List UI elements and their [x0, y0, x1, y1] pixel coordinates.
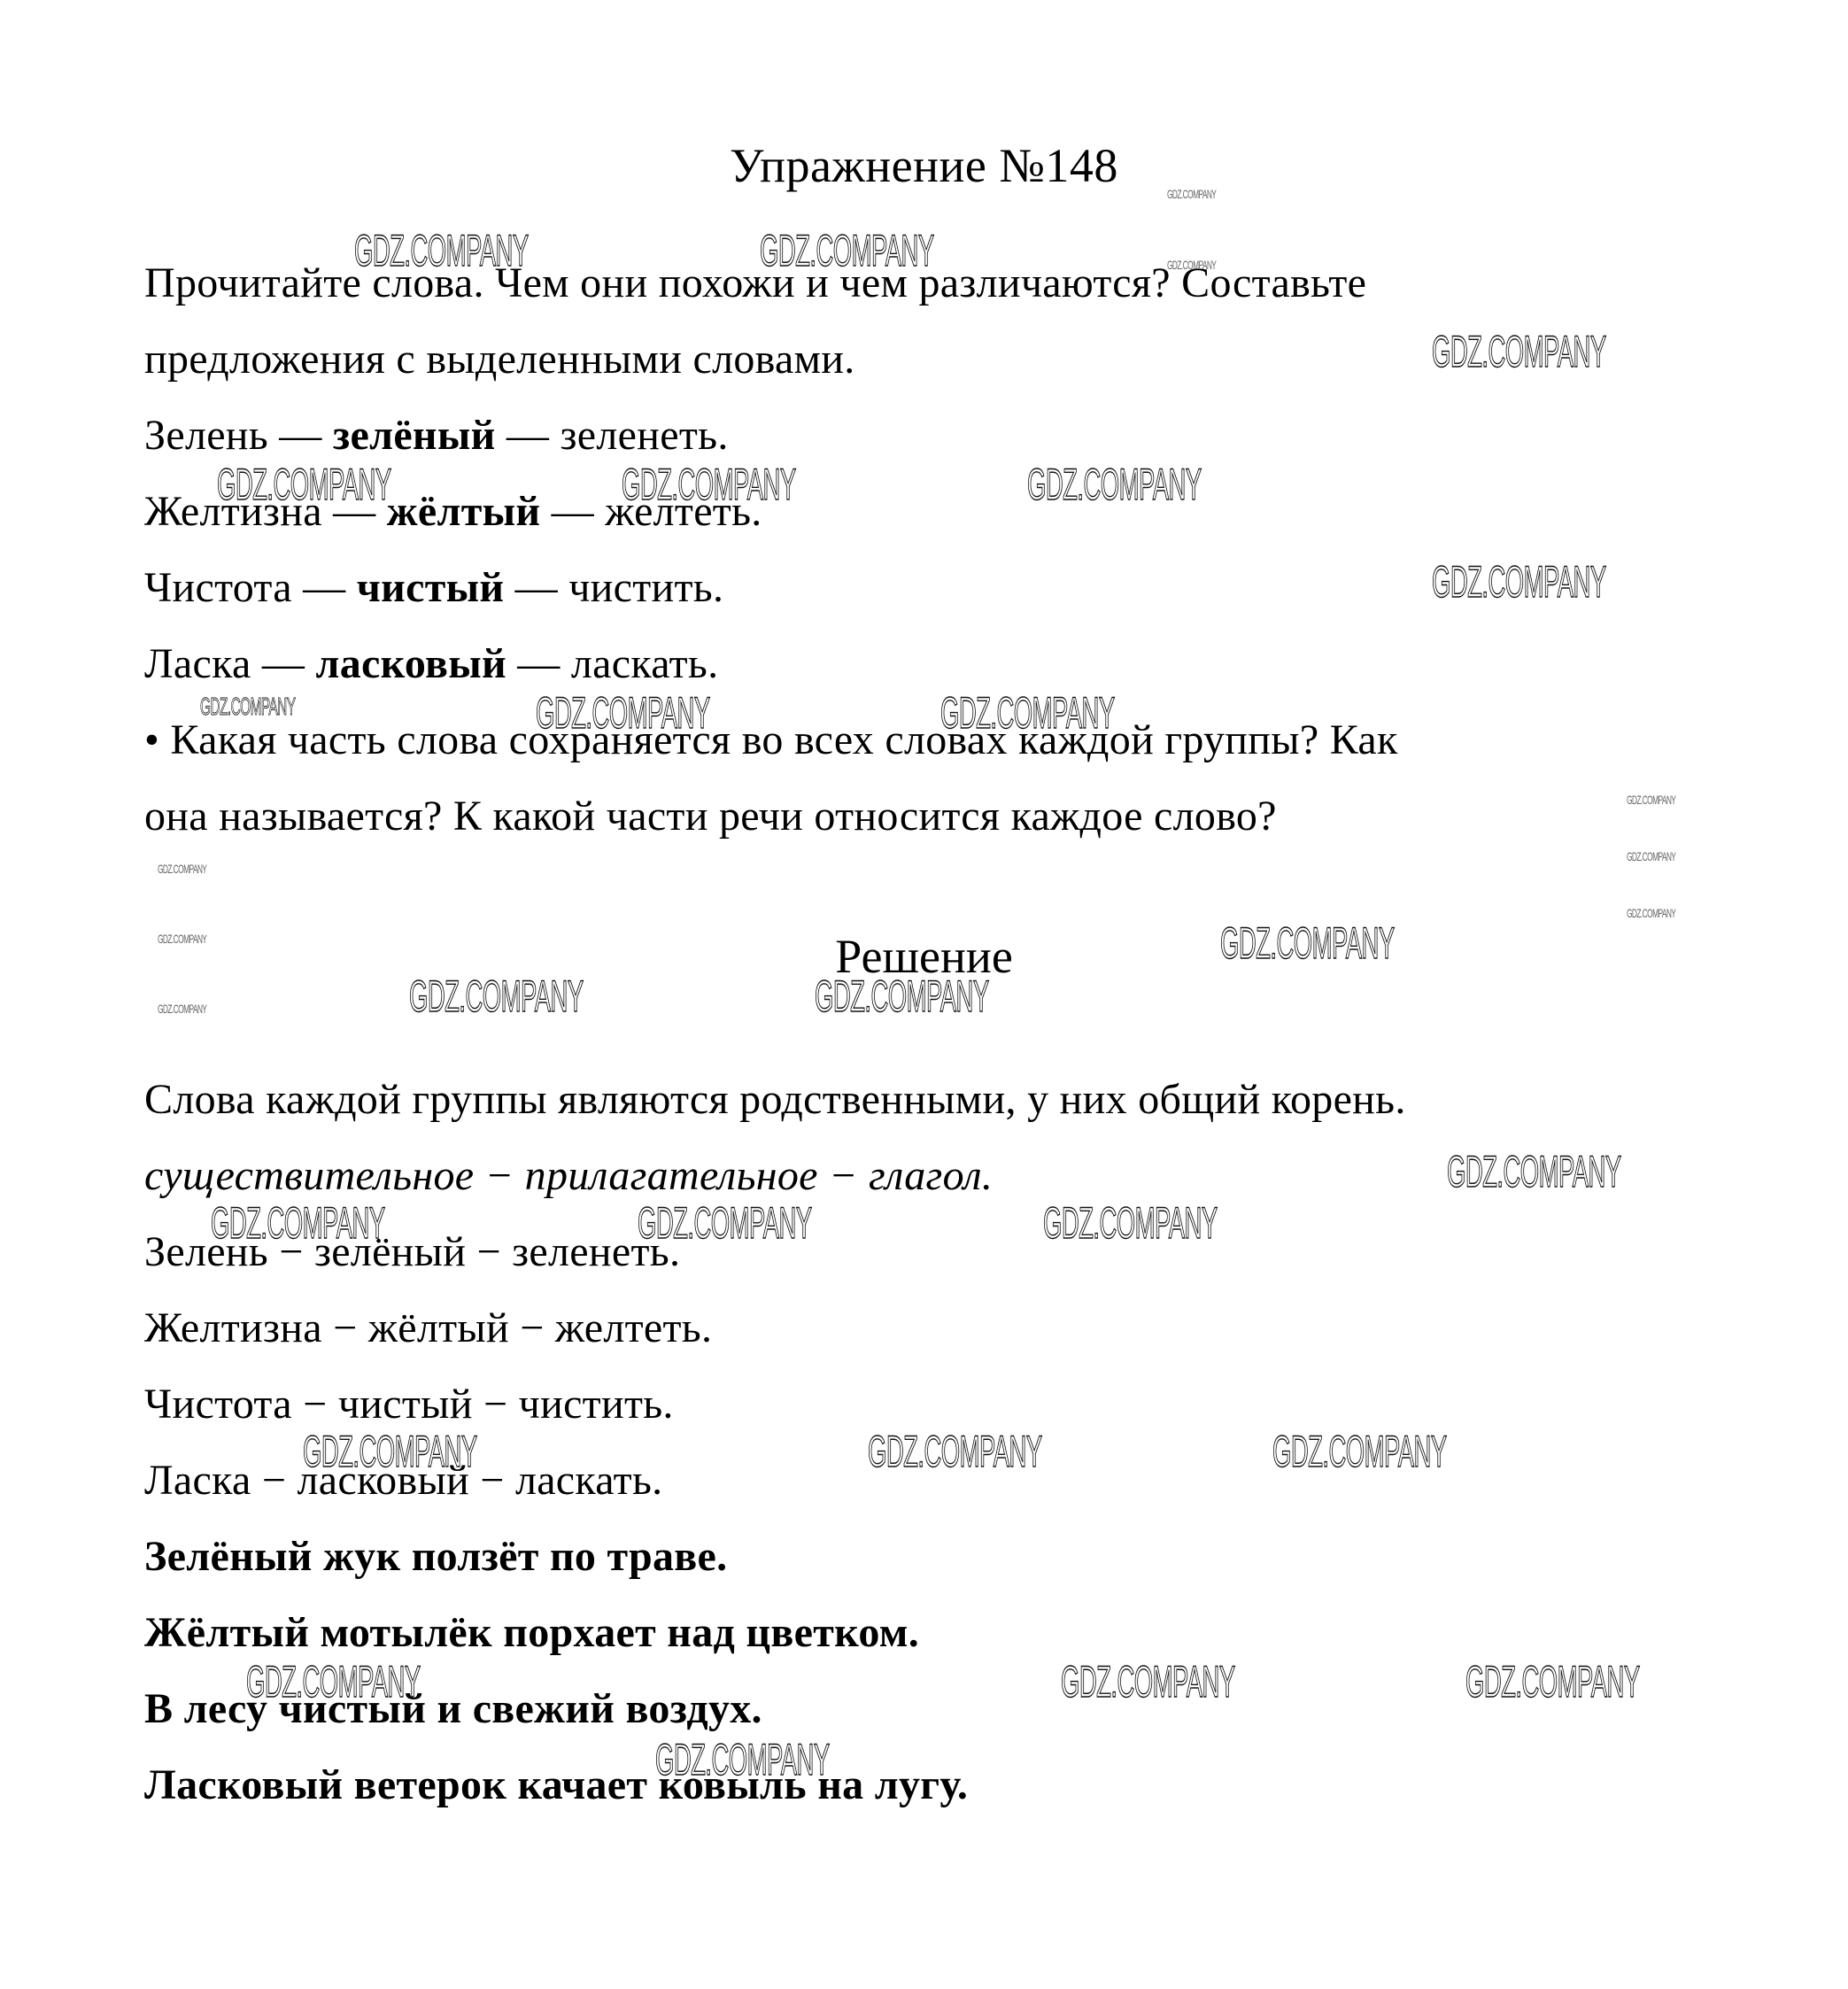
watermark: GDZ.COMPANY: [1465, 1660, 1640, 1704]
watermark: GDZ.COMPANY: [622, 462, 796, 507]
sentence-3: В лесу чистый и свежий воздух.: [144, 1683, 762, 1736]
task-line-2: предложения с выделенными словами.: [144, 333, 855, 386]
watermark: GDZ.COMPANY: [409, 974, 584, 1018]
sentence-1: Зелёный жук ползёт по траве.: [144, 1530, 727, 1583]
watermark: GDZ.COMPANY: [1167, 259, 1216, 271]
dash: —: [506, 640, 571, 687]
watermark: GDZ.COMPANY: [1627, 850, 1675, 863]
dash: —: [496, 412, 561, 459]
dash: —: [540, 488, 605, 535]
question-line-1: • Какая часть слова сохраняется во всех …: [144, 714, 1398, 767]
sentence-2: Жёлтый мотылёк порхает над цветком.: [144, 1606, 919, 1660]
watermark: GDZ.COMPANY: [1272, 1429, 1447, 1474]
word-group-1: Зелень — зелёный — зеленеть.: [144, 409, 729, 462]
watermark: GDZ.COMPANY: [1043, 1201, 1218, 1245]
exercise-title: Упражнение №148: [0, 135, 1848, 197]
highlighted-adjective: жёлтый: [387, 488, 541, 535]
verb: чистить.: [568, 564, 723, 611]
watermark: GDZ.COMPANY: [1627, 793, 1675, 806]
watermark: GDZ.COMPANY: [200, 694, 295, 719]
watermark: GDZ.COMPANY: [760, 228, 934, 273]
verb: зеленеть.: [561, 412, 729, 459]
watermark: GDZ.COMPANY: [211, 1201, 385, 1245]
solution-group-3: Чистота − чистый − чистить.: [144, 1378, 674, 1431]
watermark: GDZ.COMPANY: [1220, 921, 1395, 965]
watermark: GDZ.COMPANY: [1167, 188, 1216, 200]
dash: —: [251, 640, 316, 687]
watermark: GDZ.COMPANY: [1447, 1149, 1621, 1194]
sentence-4: Ласковый ветерок качает ковыль на лугу.: [144, 1759, 968, 1812]
watermark: GDZ.COMPANY: [1627, 907, 1675, 919]
watermark: GDZ.COMPANY: [868, 1429, 1042, 1474]
watermark: GDZ.COMPANY: [536, 691, 710, 735]
noun: Чистота: [144, 564, 292, 611]
watermark: GDZ.COMPANY: [246, 1660, 421, 1704]
question-line-2: она называется? К какой части речи относ…: [144, 790, 1277, 843]
word-group-3: Чистота — чистый — чистить.: [144, 561, 723, 615]
highlighted-adjective: ласковый: [315, 640, 506, 687]
watermark: GDZ.COMPANY: [1432, 560, 1606, 604]
watermark: GDZ.COMPANY: [1432, 329, 1606, 374]
watermark: GDZ.COMPANY: [158, 863, 206, 875]
highlighted-adjective: чистый: [357, 564, 505, 611]
watermark: GDZ.COMPANY: [158, 933, 206, 945]
solution-explanation: Слова каждой группы являются родственным…: [144, 1073, 1406, 1126]
noun: Зелень: [144, 412, 268, 459]
noun: Ласка: [144, 640, 251, 687]
watermark: GDZ.COMPANY: [638, 1201, 812, 1245]
watermark: GDZ.COMPANY: [655, 1737, 830, 1782]
dash: —: [268, 412, 333, 459]
dash: —: [504, 564, 568, 611]
verb: ласкать.: [571, 640, 719, 687]
dash: —: [292, 564, 357, 611]
watermark: GDZ.COMPANY: [354, 228, 529, 273]
highlighted-adjective: зелёный: [333, 412, 496, 459]
watermark: GDZ.COMPANY: [815, 974, 989, 1018]
watermark: GDZ.COMPANY: [158, 1002, 206, 1015]
watermark: GDZ.COMPANY: [940, 691, 1115, 735]
word-group-4: Ласка — ласковый — ласкать.: [144, 638, 718, 691]
parts-of-speech: существительное − прилагательное − глаго…: [144, 1149, 993, 1203]
watermark: GDZ.COMPANY: [217, 462, 391, 507]
watermark: GDZ.COMPANY: [1061, 1660, 1235, 1704]
watermark: GDZ.COMPANY: [303, 1429, 477, 1474]
solution-group-2: Желтизна − жёлтый − желтеть.: [144, 1302, 712, 1355]
watermark: GDZ.COMPANY: [1027, 462, 1202, 507]
